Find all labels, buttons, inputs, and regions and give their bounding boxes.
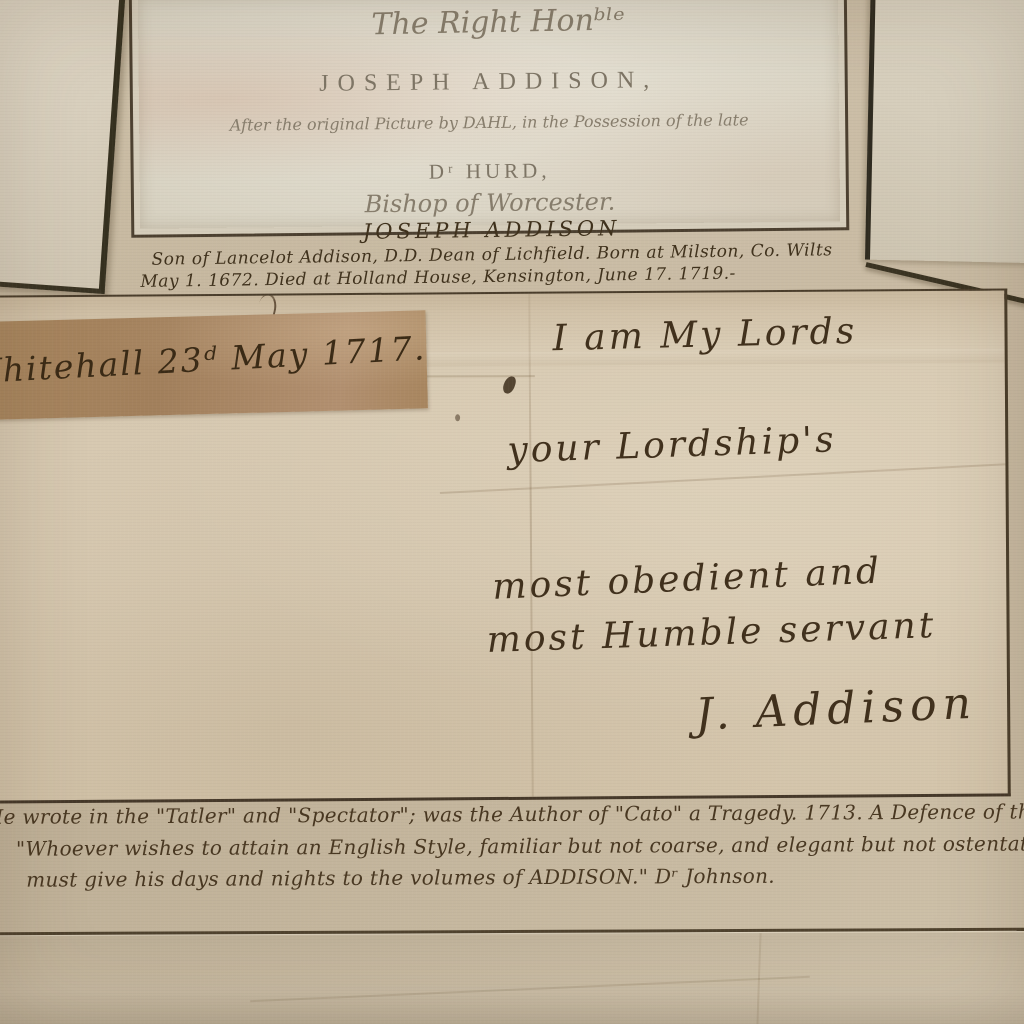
- ink-speck: [455, 414, 460, 421]
- engraving-line-name: JOSEPH ADDISON,: [139, 65, 839, 99]
- engraving-line-attribution: After the original Picture by DAHL, in t…: [139, 109, 839, 135]
- mat-caption: JOSEPH ADDISON Son of Lancelot Addison, …: [130, 213, 855, 292]
- bottom-caption-line-1: He wrote in the "Tatler" and "Spectator"…: [0, 799, 1024, 829]
- bottom-caption-line-3: must give his days and nights to the vol…: [0, 862, 1024, 892]
- bottom-caption: He wrote in the "Tatler" and "Spectator"…: [0, 799, 1024, 892]
- letter-panel: Whitehall 23ᵈ May 1717. I am My Lords yo…: [0, 288, 1011, 803]
- vertical-fold-crease: [528, 294, 534, 797]
- bottom-caption-line-2: "Whoever wishes to attain an English Sty…: [0, 831, 1024, 861]
- letter-date: Whitehall 23ᵈ May 1717.: [0, 328, 427, 391]
- letter-line-3: most obedient and: [492, 551, 883, 608]
- engraving-window: The Right Honᵇˡᵉ JOSEPH ADDISON, After t…: [129, 0, 850, 238]
- lower-mat: [0, 933, 1024, 1024]
- letter-line-1: I am My Lords: [552, 311, 858, 359]
- ink-blot: [501, 375, 517, 395]
- engraving-line-hurd: Dʳ HURD,: [140, 155, 840, 187]
- letter-signature: J. Addison: [694, 678, 978, 741]
- engraving-paper: The Right Honᵇˡᵉ JOSEPH ADDISON, After t…: [138, 0, 840, 229]
- left-side-mount: [0, 0, 127, 294]
- framed-document-photo: Whitehall 23ᵈ May 1717. I am My Lords yo…: [0, 0, 1024, 1024]
- date-fragment-strip: Whitehall 23ᵈ May 1717.: [0, 310, 428, 419]
- right-side-mount: [865, 0, 1024, 264]
- letter-line-2: your Lordship's: [507, 419, 837, 471]
- engraving-line-honorific: The Right Honᵇˡᵉ: [148, 0, 840, 47]
- letter-line-4: most Humble servant: [486, 605, 937, 661]
